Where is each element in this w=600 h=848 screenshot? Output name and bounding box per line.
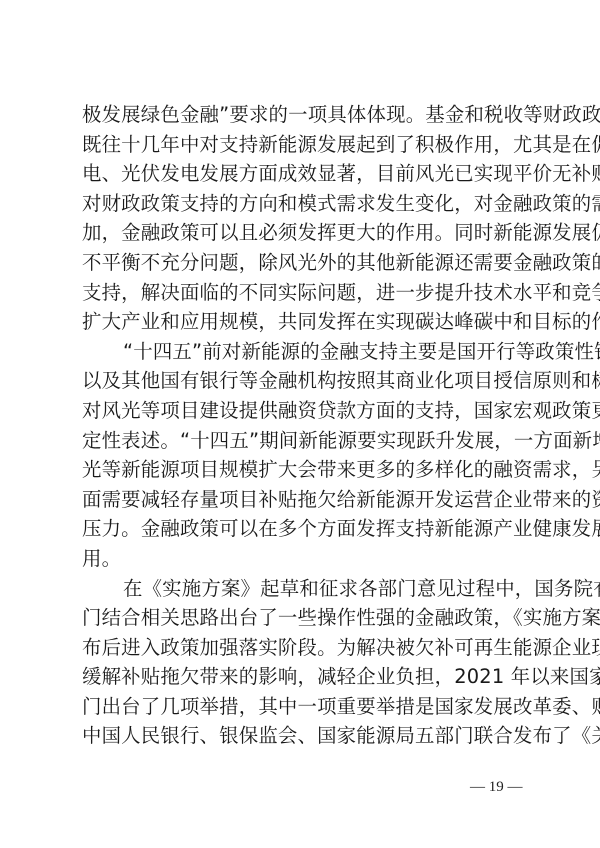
text-line: 布后进入政策加强落实阶段。为解决被欠补可再生能源企业现金流， (82, 633, 520, 663)
text-line: 不平衡不充分问题，除风光外的其他新能源还需要金融政策的持续 (82, 248, 520, 278)
document-page: 极发展绿色金融”要求的一项具体体现。基金和税收等财政政策在 既往十几年中对支持新… (0, 0, 600, 848)
page-number: — 19 — (470, 779, 523, 796)
text-line: 光等新能源项目规模扩大会带来更多的多样化的融资需求，另一方 (82, 455, 520, 485)
text-line: 以及其他国有银行等金融机构按照其商业化项目授信原则和标准， (82, 366, 520, 396)
text-line: 在《实施方案》起草和征求各部门意见过程中，国务院有关部 (82, 574, 520, 604)
text-line: 面需要减轻存量项目补贴拖欠给新能源开发运营企业带来的资金 (82, 485, 520, 515)
text-line: 缓解补贴拖欠带来的影响，减轻企业负担，2021 年以来国家有关部 (82, 662, 520, 692)
text-line: 对风光等项目建设提供融资贷款方面的支持，国家宏观政策更多为 (82, 396, 520, 426)
text-line: 加，金融政策可以且必须发挥更大的作用。同时新能源发展仍存在 (82, 218, 520, 248)
text-line: 门出台了几项举措，其中一项重要举措是国家发展改革委、财政部、 (82, 692, 520, 722)
text-line: 既往十几年中对支持新能源发展起到了积极作用，尤其是在促进风 (82, 130, 520, 160)
text-line: 门结合相关思路出台了一些操作性强的金融政策，《实施方案》发 (82, 603, 520, 633)
text-line: 中国人民银行、银保监会、国家能源局五部门联合发布了《关于引 (82, 721, 520, 751)
text-line: 扩大产业和应用规模，共同发挥在实现碳达峰碳中和目标的作用。 (82, 307, 520, 337)
text-line: 定性表述。“十四五”期间新能源要实现跃升发展，一方面新增风 (82, 426, 520, 456)
body-text: 极发展绿色金融”要求的一项具体体现。基金和税收等财政政策在 既往十几年中对支持新… (82, 100, 520, 751)
text-line: 对财政政策支持的方向和模式需求发生变化，对金融政策的需求增 (82, 189, 520, 219)
text-line: 压力。金融政策可以在多个方面发挥支持新能源产业健康发展的作 (82, 514, 520, 544)
text-line: “十四五”前对新能源的金融支持主要是国开行等政策性银行 (82, 337, 520, 367)
text-line: 支持，解决面临的不同实际问题，进一步提升技术水平和竞争力， (82, 278, 520, 308)
text-line: 极发展绿色金融”要求的一项具体体现。基金和税收等财政政策在 (82, 100, 520, 130)
text-line: 用。 (82, 544, 520, 574)
text-line: 电、光伏发电发展方面成效显著，目前风光已实现平价无补贴上网， (82, 159, 520, 189)
